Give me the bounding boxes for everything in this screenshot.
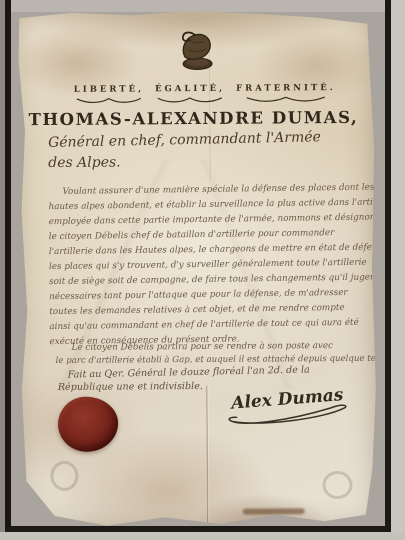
motto-word-egalite: ÉGALITÉ,	[155, 84, 225, 104]
dateline-line-2: République une et indivisible.	[58, 381, 203, 393]
frame-mat-top	[0, 0, 405, 12]
motto-word-fraternite: FRATERNITÉ.	[236, 83, 336, 104]
phrygian-cap-icon	[173, 30, 221, 72]
document-title: THOMAS-ALEXANDRE DUMAS,	[12, 108, 375, 130]
frame-outer-bottom	[0, 532, 405, 540]
motto-row: LIBERTÉ, ÉGALITÉ, FRATERNITÉ.	[74, 83, 336, 105]
closing-line-1: Le citoyen Débelis partira pour se rendr…	[72, 341, 334, 353]
document-body: Voulant assurer d'une manière spéciale l…	[48, 182, 357, 349]
dateline-line-1: Fait au Qer. Général le douze floréal l'…	[68, 365, 310, 381]
subtitle-line-2: des Alpes.	[48, 155, 120, 172]
wax-seal	[58, 397, 118, 452]
swelled-rule-icon	[155, 96, 225, 104]
motto-egalite-label: ÉGALITÉ,	[155, 84, 225, 94]
stain-ring-right	[322, 471, 352, 499]
framed-document-photo: LIBERTÉ, ÉGALITÉ, FRATERNITÉ. THOMAS-ALE…	[0, 0, 405, 540]
stain-smudge-bottom	[243, 508, 305, 514]
swelled-rule-icon	[244, 95, 328, 104]
swelled-rule-icon	[74, 96, 144, 104]
motto-fraternite-label: FRATERNITÉ.	[236, 83, 336, 94]
document-paper: LIBERTÉ, ÉGALITÉ, FRATERNITÉ. THOMAS-ALE…	[11, 9, 378, 531]
motto-liberte-label: LIBERTÉ,	[74, 84, 144, 94]
motto-word-liberte: LIBERTÉ,	[74, 84, 144, 104]
stain-ring-left	[50, 461, 78, 491]
frame-outer-right	[391, 0, 405, 540]
signature-block: Alex Dumas	[209, 383, 367, 431]
subtitle-line-1: Général en chef, commandant l'Armée	[48, 129, 321, 151]
frame-bar-left	[5, 0, 11, 540]
closing-line-2: le parc d'artillerie établi à Gap, et au…	[56, 354, 397, 366]
